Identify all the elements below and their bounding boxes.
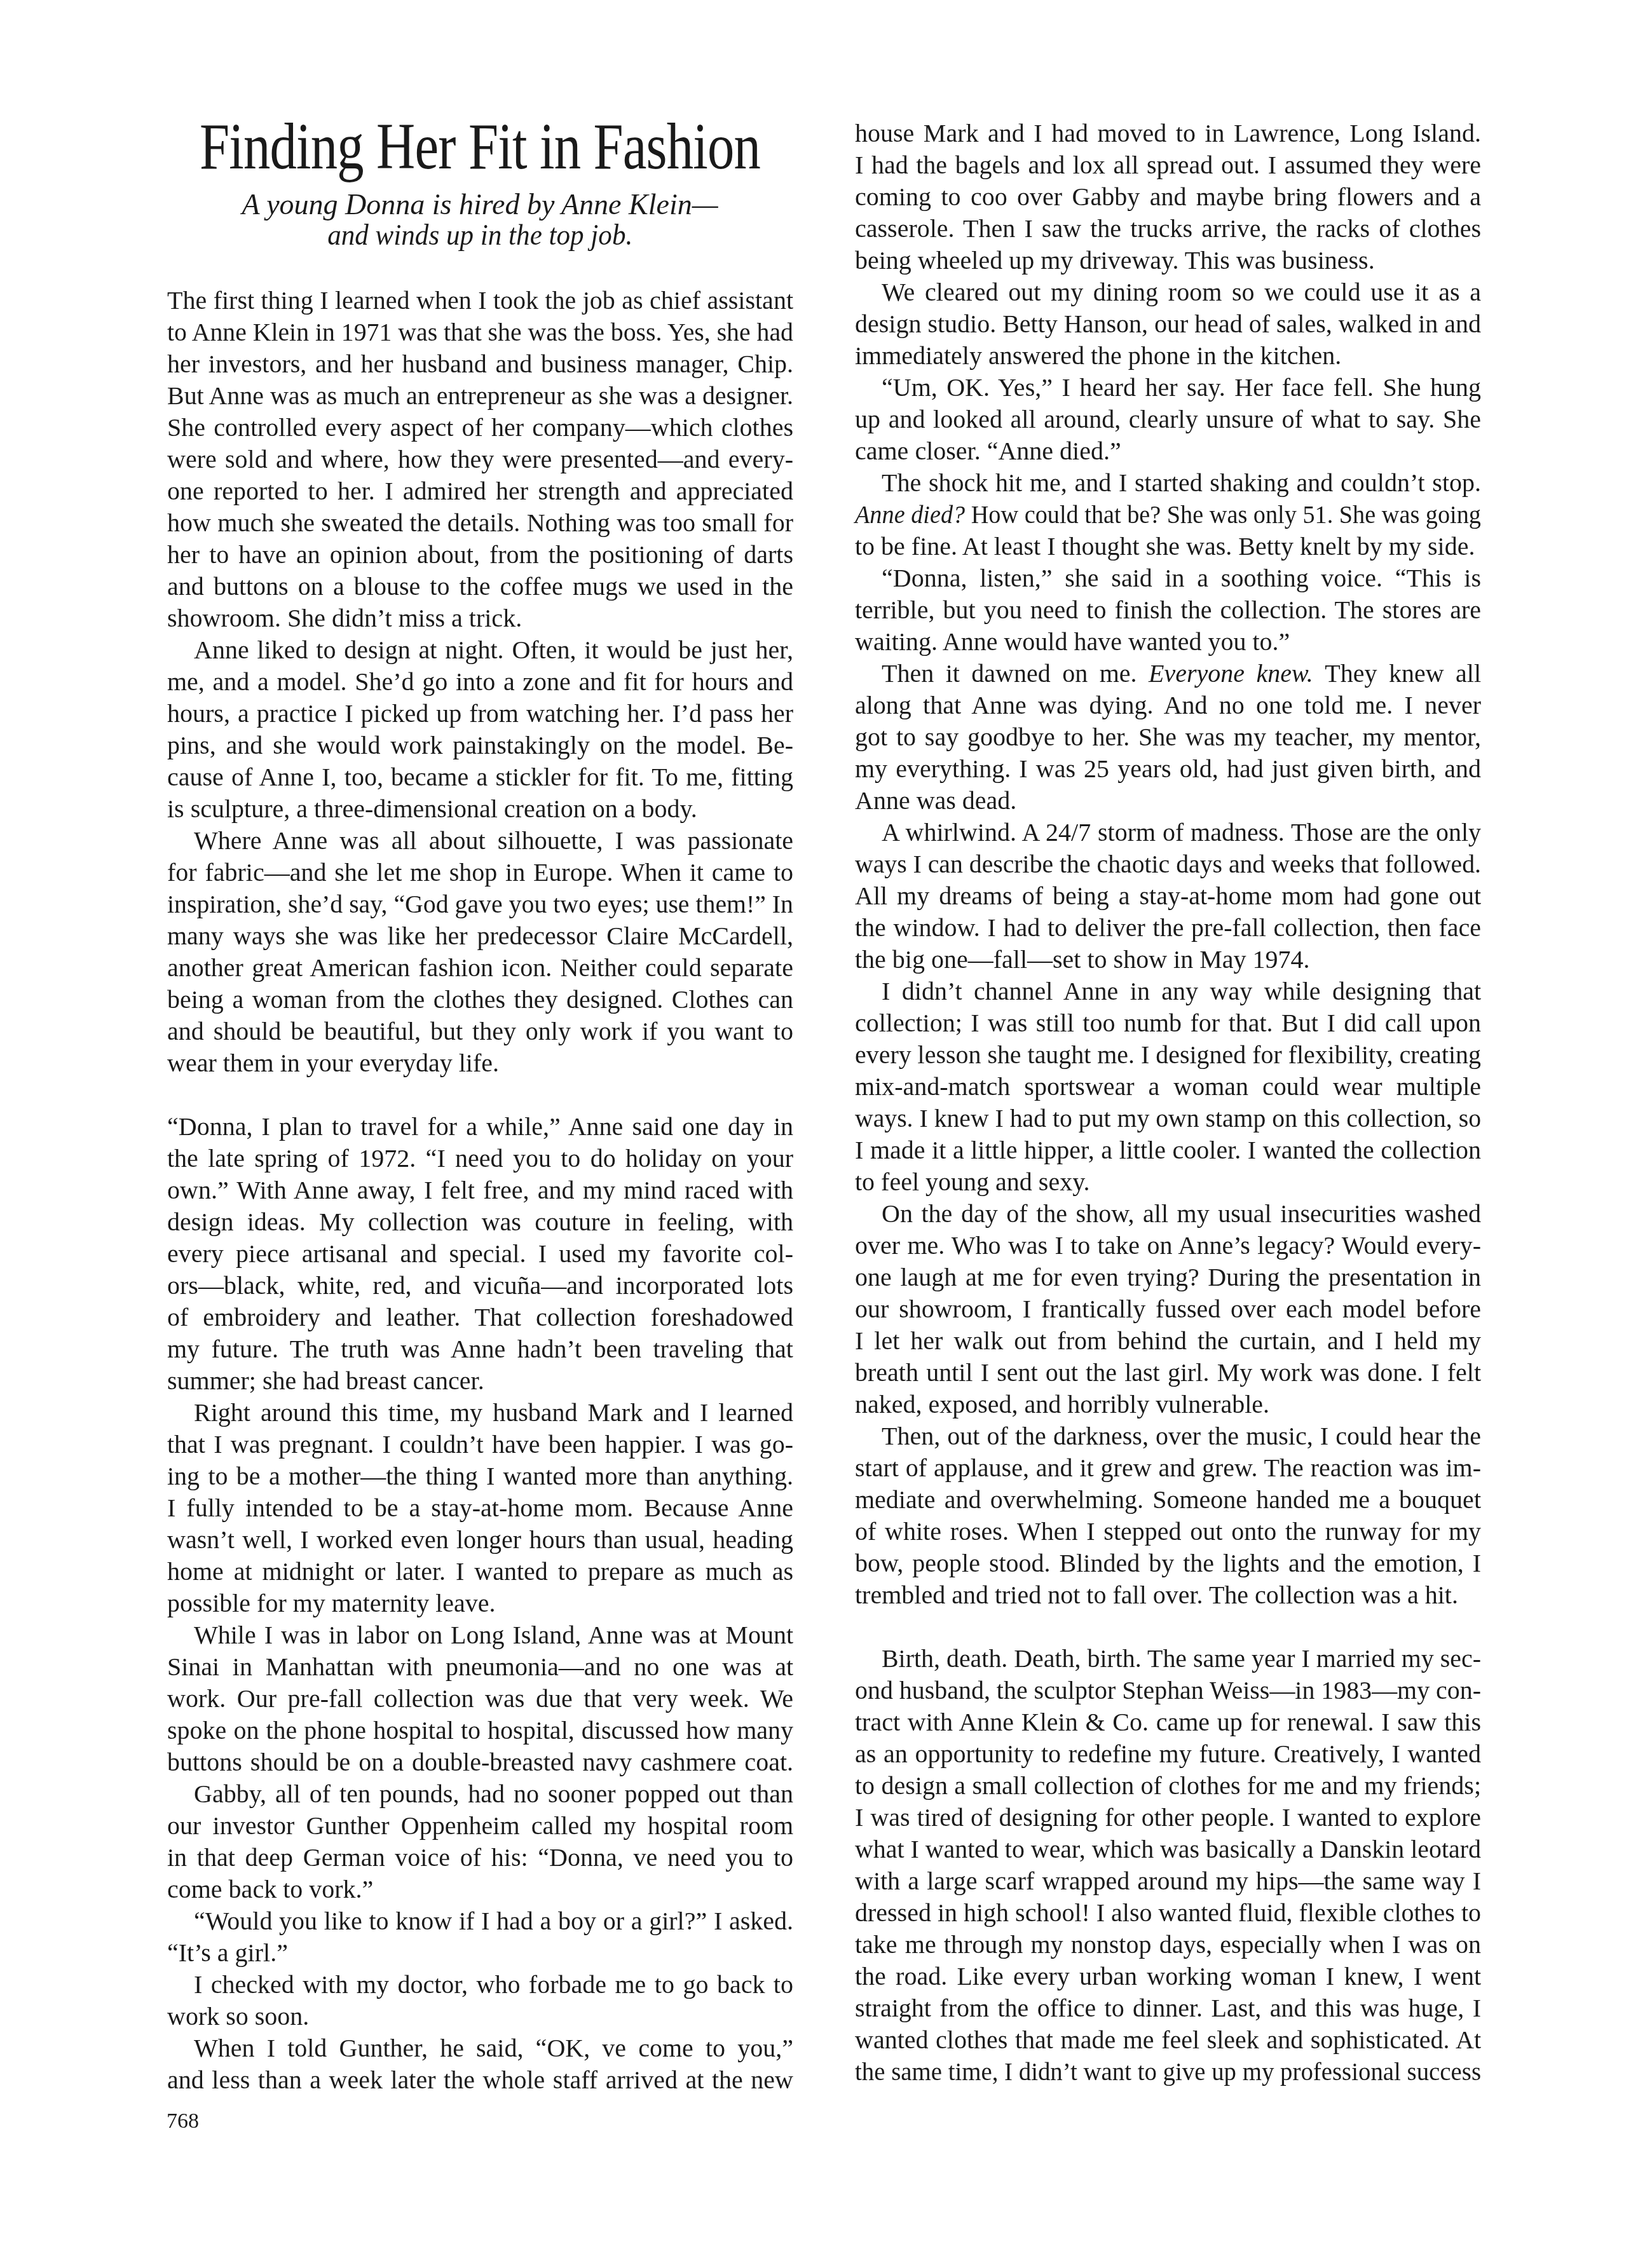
line-text: being a woman from the clothes they desi… <box>167 984 793 1016</box>
line-text-body: the late spring of 1972. “I need you to … <box>167 1144 793 1173</box>
line-text: wasn’t well, I worked even longer hours … <box>167 1524 793 1556</box>
text-line: buttons should be on a double-breasted n… <box>167 1746 793 1778</box>
line-text: I was tired of designing for other peopl… <box>855 1802 1481 1834</box>
line-text-body: work. Our pre-fall collection was due th… <box>167 1684 793 1713</box>
line-text-body: how much she sweated the details. Nothin… <box>167 508 793 537</box>
text-line: Right around this time, my husband Mark … <box>167 1397 793 1429</box>
text-line: Anne was dead. <box>855 785 1481 817</box>
subtitle-line: A young Donna is hired by Anne Klein— <box>191 189 769 220</box>
line-text: But Anne was as much an entrepreneur as … <box>167 380 793 412</box>
line-text-body: “Um, OK. Yes,” I heard her say. Her face… <box>882 373 1481 402</box>
text-line: Sinai in Manhattan with pneumonia—and no… <box>167 1651 793 1683</box>
line-text: up and looked all around, clearly unsure… <box>855 404 1481 435</box>
line-text: Anne liked to design at night. Often, it… <box>194 634 793 666</box>
text-line: ing to be a mother—the thing I wanted mo… <box>167 1460 793 1492</box>
line-text: trembled and tried not to fall over. The… <box>855 1579 1458 1611</box>
section-break <box>167 1079 793 1111</box>
line-text: casserole. Then I saw the trucks arrive,… <box>855 213 1481 245</box>
text-line: While I was in labor on Long Island, Ann… <box>167 1619 793 1651</box>
page-number: 768 <box>167 2109 199 2134</box>
line-text: ways I can describe the chaotic days and… <box>855 848 1481 880</box>
line-text-body: as an opportunity to redefine my future.… <box>855 1739 1481 1768</box>
text-line: as an opportunity to redefine my future.… <box>855 1738 1481 1770</box>
text-line: cause of Anne I, too, became a stickler … <box>167 761 793 793</box>
line-text-body: of white roses. When I stepped out onto … <box>855 1517 1481 1546</box>
text-line: design ideas. My collection was couture … <box>167 1206 793 1238</box>
line-text: collection; I was still too numb for tha… <box>855 1007 1481 1039</box>
line-text-body: design ideas. My collection was couture … <box>167 1208 793 1236</box>
line-text: and should be beautiful, but they only w… <box>167 1016 793 1047</box>
line-text: the late spring of 1972. “I need you to … <box>167 1143 793 1174</box>
text-line: naked, exposed, and horribly vulnerable. <box>855 1389 1481 1420</box>
line-text-body: Where Anne was all about silhouette, I w… <box>194 826 793 855</box>
line-text: mix-and-match sportswear a woman could w… <box>855 1071 1481 1103</box>
line-text-body: bow, people stood. Blinded by the lights… <box>855 1549 1481 1577</box>
line-text-body: showroom. She didn’t miss a trick. <box>167 604 522 632</box>
text-line: waiting. Anne would have wanted you to.” <box>855 626 1481 658</box>
line-text-body: were sold and where, how they were prese… <box>167 445 793 473</box>
text-line: I fully intended to be a stay-at-home mo… <box>167 1492 793 1524</box>
line-text-body: along that Anne was dying. And no one to… <box>855 691 1481 719</box>
line-text-body: to Anne Klein in 1971 was that she was t… <box>167 318 793 346</box>
line-text: design ideas. My collection was couture … <box>167 1206 793 1238</box>
line-text-body: every piece artisanal and special. I use… <box>167 1239 793 1268</box>
line-text: Then it dawned on me. Everyone knew. The… <box>882 658 1481 690</box>
line-text-body: spoke on the phone hospital to hospital,… <box>167 1716 793 1745</box>
text-line: and buttons on a blouse to the coffee mu… <box>167 571 793 602</box>
line-text: On the day of the show, all my usual ins… <box>882 1198 1481 1230</box>
text-line: another great American fashion icon. Nei… <box>167 952 793 984</box>
text-line: hours, a practice I picked up from watch… <box>167 698 793 730</box>
line-text: I had the bagels and lox all spread out.… <box>855 149 1481 181</box>
line-text: tract with Anne Klein & Co. came up for … <box>855 1706 1481 1738</box>
text-line: breath until I sent out the last girl. M… <box>855 1357 1481 1389</box>
text-line: trembled and tried not to fall over. The… <box>855 1579 1481 1611</box>
line-text-body: When I told Gunther, he said, “OK, ve co… <box>194 2034 793 2062</box>
line-text-body: I let her walk out from behind the curta… <box>855 1326 1481 1355</box>
line-text: take me through my nonstop days, especia… <box>855 1929 1481 1961</box>
line-text: I checked with my doctor, who forbade me… <box>194 1969 793 2001</box>
text-line: my future. The truth was Anne hadn’t bee… <box>167 1333 793 1365</box>
line-text-body: me, and a model. She’d go into a zone an… <box>167 667 793 696</box>
text-line: were sold and where, how they were prese… <box>167 444 793 475</box>
line-text-body: the same time, I didn’t want to give up … <box>855 2057 1481 2086</box>
line-text-body: She controlled every aspect of her compa… <box>167 413 793 442</box>
line-text: Where Anne was all about silhouette, I w… <box>194 825 793 857</box>
text-line: house Mark and I had moved to in Lawrenc… <box>855 118 1481 149</box>
line-text-body: coming to coo over Gabby and maybe bring… <box>855 182 1481 211</box>
text-line: ors—black, white, red, and vicuña—and in… <box>167 1270 793 1302</box>
line-text: my everything. I was 25 years old, had j… <box>855 753 1481 785</box>
line-text: her investors, and her husband and busin… <box>167 348 793 380</box>
line-text-body: hours, a practice I picked up from watch… <box>167 699 793 728</box>
text-line: “It’s a girl.” <box>167 1937 793 1969</box>
text-line: along that Anne was dying. And no one to… <box>855 690 1481 721</box>
line-text: I let her walk out from behind the curta… <box>855 1325 1481 1357</box>
line-text-body: While I was in labor on Long Island, Ann… <box>194 1621 793 1649</box>
text-line: our investor Gunther Oppenheim called my… <box>167 1810 793 1842</box>
text-line: I was tired of designing for other peopl… <box>855 1802 1481 1834</box>
text-line: one laugh at me for even trying? During … <box>855 1262 1481 1293</box>
text-line: design studio. Betty Hanson, our head of… <box>855 308 1481 340</box>
line-text-body: of embroidery and leather. That collecti… <box>167 1303 793 1331</box>
text-line: “Donna, listen,” she said in a soothing … <box>855 562 1481 594</box>
text-line: wear them in your everyday life. <box>167 1047 793 1079</box>
line-text-body: every lesson she taught me. I designed f… <box>855 1040 1481 1069</box>
text-line: is sculpture, a three-dimensional creati… <box>167 793 793 825</box>
line-text-body: came closer. “Anne died.” <box>855 437 1121 465</box>
line-text-body: waiting. Anne would have wanted you to.” <box>855 627 1290 656</box>
line-text-body: I checked with my doctor, who forbade me… <box>194 1970 793 1999</box>
line-text: When I told Gunther, he said, “OK, ve co… <box>194 2032 793 2064</box>
text-line: She controlled every aspect of her compa… <box>167 412 793 444</box>
line-text: were sold and where, how they were prese… <box>167 444 793 475</box>
text-line: pins, and she would work painstakingly o… <box>167 730 793 761</box>
text-line: A whirlwind. A 24/7 storm of madness. Th… <box>855 817 1481 848</box>
text-line: work so soon. <box>167 2001 793 2032</box>
text-line: what I wanted to wear, which was basical… <box>855 1834 1481 1865</box>
line-text-body: one reported to her. I admired her stren… <box>167 477 793 505</box>
line-text-body: and buttons on a blouse to the coffee mu… <box>167 572 793 601</box>
line-text: hours, a practice I picked up from watch… <box>167 698 793 730</box>
line-text: in that deep German voice of his: “Donna… <box>167 1842 793 1874</box>
article-subtitle: A young Donna is hired by Anne Klein— an… <box>191 189 769 250</box>
line-text: I didn’t channel Anne in any way while d… <box>882 976 1481 1007</box>
line-text-body: with a large scarf wrapped around my hip… <box>855 1867 1481 1895</box>
text-line: The first thing I learned when I took th… <box>167 285 793 316</box>
text-line: possible for my maternity leave. <box>167 1588 793 1619</box>
text-line: “Would you like to know if I had a boy o… <box>167 1905 793 1937</box>
text-line: got to say goodbye to her. She was my te… <box>855 721 1481 753</box>
text-line: that I was pregnant. I couldn’t have bee… <box>167 1429 793 1460</box>
text-line: my everything. I was 25 years old, had j… <box>855 753 1481 785</box>
line-text-body: pins, and she would work painstakingly o… <box>167 731 793 759</box>
text-line: “Donna, I plan to travel for a while,” A… <box>167 1111 793 1143</box>
line-text: “It’s a girl.” <box>167 1937 288 1969</box>
line-text-body: for fabric—and she let me shop in Europe… <box>167 858 793 887</box>
text-line: wasn’t well, I worked even longer hours … <box>167 1524 793 1556</box>
line-text-body: own.” With Anne away, I felt free, and m… <box>167 1176 793 1204</box>
line-text-body: casserole. Then I saw the trucks arrive,… <box>855 214 1481 243</box>
article-title-text: Finding Her Fit in Fashion <box>200 112 760 182</box>
line-text-body: possible for my maternity leave. <box>167 1589 496 1617</box>
line-text-body: my future. The truth was Anne hadn’t bee… <box>167 1335 793 1363</box>
line-text-body: immediately answered the phone in the ki… <box>855 341 1341 370</box>
line-text-body: over me. Who was I to take on Anne’s leg… <box>855 1231 1481 1260</box>
text-line: her investors, and her husband and busin… <box>167 348 793 380</box>
text-line: over me. Who was I to take on Anne’s leg… <box>855 1230 1481 1262</box>
line-text: that I was pregnant. I couldn’t have bee… <box>167 1429 793 1460</box>
text-line: ond husband, the sculptor Stephan Weiss—… <box>855 1675 1481 1706</box>
text-line: work. Our pre-fall collection was due th… <box>167 1683 793 1715</box>
text-line: inspiration, she’d say, “God gave you tw… <box>167 888 793 920</box>
line-text: Anne died? How could that be? She was on… <box>855 499 1481 531</box>
line-text: the big one—fall—set to show in May 1974… <box>855 944 1309 976</box>
line-text-body: Anne liked to design at night. Often, it… <box>194 636 793 664</box>
line-text: design studio. Betty Hanson, our head of… <box>855 308 1481 340</box>
text-line: I didn’t channel Anne in any way while d… <box>855 976 1481 1007</box>
line-text: being wheeled up my driveway. This was b… <box>855 245 1375 276</box>
text-line: tract with Anne Klein & Co. came up for … <box>855 1706 1481 1738</box>
line-text: breath until I sent out the last girl. M… <box>855 1357 1481 1389</box>
line-text: to design a small collection of clothes … <box>855 1770 1481 1802</box>
text-line: On the day of the show, all my usual ins… <box>855 1198 1481 1230</box>
line-text-body: in that deep German voice of his: “Donna… <box>167 1843 793 1872</box>
text-line: the same time, I didn’t want to give up … <box>855 2056 1481 2088</box>
line-text-body: up and looked all around, clearly unsure… <box>855 405 1481 433</box>
line-text: Birth, death. Death, birth. The same yea… <box>882 1643 1481 1675</box>
line-text: The first thing I learned when I took th… <box>167 285 793 316</box>
line-text: “Would you like to know if I had a boy o… <box>194 1905 793 1937</box>
text-line: ways I can describe the chaotic days and… <box>855 848 1481 880</box>
text-line: the late spring of 1972. “I need you to … <box>167 1143 793 1174</box>
line-text-body: I had the bagels and lox all spread out.… <box>855 151 1481 179</box>
line-text: A whirlwind. A 24/7 storm of madness. Th… <box>882 817 1481 848</box>
line-text: “Donna, listen,” she said in a soothing … <box>882 562 1481 594</box>
line-text: work so soon. <box>167 2001 309 2032</box>
text-line: Birth, death. Death, birth. The same yea… <box>855 1643 1481 1675</box>
text-line: When I told Gunther, he said, “OK, ve co… <box>167 2032 793 2064</box>
line-text-body: another great American fashion icon. Nei… <box>167 953 793 982</box>
text-line: dressed in high school! I also wanted fl… <box>855 1897 1481 1929</box>
line-text-body: the road. Like every urban working woman… <box>855 1962 1481 1991</box>
text-line: immediately answered the phone in the ki… <box>855 340 1481 372</box>
text-line: being a woman from the clothes they desi… <box>167 984 793 1016</box>
line-text-body: to be fine. At least I thought she was. … <box>855 532 1475 561</box>
text-line: her to have an opinion about, from the p… <box>167 539 793 571</box>
line-text: over me. Who was I to take on Anne’s leg… <box>855 1230 1481 1262</box>
text-line: Where Anne was all about silhouette, I w… <box>167 825 793 857</box>
text-line: to design a small collection of clothes … <box>855 1770 1481 1802</box>
text-line: for fabric—and she let me shop in Europe… <box>167 857 793 888</box>
line-text: our investor Gunther Oppenheim called my… <box>167 1810 793 1842</box>
line-text: ors—black, white, red, and vicuña—and in… <box>167 1270 793 1302</box>
text-line: come back to vork.” <box>167 1874 793 1905</box>
line-text: to Anne Klein in 1971 was that she was t… <box>167 316 793 348</box>
line-text: me, and a model. She’d go into a zone an… <box>167 666 793 698</box>
line-text-body: I made it a little hipper, a little cool… <box>855 1136 1481 1164</box>
line-text-body: naked, exposed, and horribly vulnerable. <box>855 1390 1269 1419</box>
text-line: But Anne was as much an entrepreneur as … <box>167 380 793 412</box>
text-line: in that deep German voice of his: “Donna… <box>167 1842 793 1874</box>
text-line: how much she sweated the details. Nothin… <box>167 507 793 539</box>
line-text-body: trembled and tried not to fall over. The… <box>855 1581 1458 1609</box>
line-text-body: “Would you like to know if I had a boy o… <box>194 1907 793 1935</box>
line-text-body: got to say goodbye to her. She was my te… <box>855 723 1481 751</box>
emphasis: Everyone knew. <box>1149 659 1325 688</box>
line-text: wear them in your everyday life. <box>167 1047 499 1079</box>
line-text-body: Sinai in Manhattan with pneumonia—and no… <box>167 1652 793 1681</box>
text-line: every lesson she taught me. I designed f… <box>855 1039 1481 1071</box>
line-text-body: wasn’t well, I worked even longer hours … <box>167 1525 793 1554</box>
line-text: wanted clothes that made me feel sleek a… <box>855 2024 1481 2056</box>
line-text: start of applause, and it grew and grew.… <box>855 1452 1481 1484</box>
line-text: ing to be a mother—the thing I wanted mo… <box>167 1460 793 1492</box>
line-text-body: Birth, death. Death, birth. The same yea… <box>882 1644 1481 1673</box>
line-text: got to say goodbye to her. She was my te… <box>855 721 1481 753</box>
line-text-body: mediate and overwhelming. Someone handed… <box>855 1485 1481 1514</box>
line-text-body: The first thing I learned when I took th… <box>167 286 793 315</box>
line-text: buttons should be on a double-breasted n… <box>167 1746 793 1778</box>
line-text: She controlled every aspect of her compa… <box>167 412 793 444</box>
line-text: one laugh at me for even trying? During … <box>855 1262 1481 1293</box>
line-text: the window. I had to deliver the pre-fal… <box>855 912 1481 944</box>
text-line: the road. Like every urban working woman… <box>855 1961 1481 1992</box>
line-text: with a large scarf wrapped around my hip… <box>855 1865 1481 1897</box>
line-text-body: being a woman from the clothes they desi… <box>167 985 793 1014</box>
line-text: straight from the office to dinner. Last… <box>855 1992 1481 2024</box>
line-text-body: But Anne was as much an entrepreneur as … <box>167 381 793 410</box>
line-text: every lesson she taught me. I designed f… <box>855 1039 1481 1071</box>
line-text-body: design studio. Betty Hanson, our head of… <box>855 310 1481 338</box>
text-line: me, and a model. She’d go into a zone an… <box>167 666 793 698</box>
line-text-body: dressed in high school! I also wanted fl… <box>855 1898 1481 1927</box>
line-text-body: They knew all <box>1325 659 1481 688</box>
line-text-body: mix-and-match sportswear a woman could w… <box>855 1072 1481 1101</box>
line-text-body: start of applause, and it grew and grew.… <box>855 1453 1481 1482</box>
line-text: naked, exposed, and horribly vulnerable. <box>855 1389 1269 1420</box>
text-line: up and looked all around, clearly unsure… <box>855 404 1481 435</box>
line-text: terrible, but you need to finish the col… <box>855 594 1481 626</box>
line-text: We cleared out my dining room so we coul… <box>882 276 1481 308</box>
line-text-body: take me through my nonstop days, especia… <box>855 1930 1481 1959</box>
line-text: to feel young and sexy. <box>855 1166 1090 1198</box>
line-text: summer; she had breast cancer. <box>167 1365 484 1397</box>
line-text-body: buttons should be on a double-breasted n… <box>167 1748 793 1776</box>
line-text: house Mark and I had moved to in Lawrenc… <box>855 118 1481 149</box>
text-line: take me through my nonstop days, especia… <box>855 1929 1481 1961</box>
line-text-body: ways I can describe the chaotic days and… <box>855 850 1481 878</box>
line-text-body: come back to vork.” <box>167 1875 373 1903</box>
text-line: home at midnight or later. I wanted to p… <box>167 1556 793 1588</box>
line-text-body: “It’s a girl.” <box>167 1938 288 1967</box>
line-text: ond husband, the sculptor Stephan Weiss—… <box>855 1675 1481 1706</box>
text-line: showroom. She didn’t miss a trick. <box>167 602 793 634</box>
line-text-body: many ways she was like her predecessor C… <box>167 922 793 950</box>
line-text: every piece artisanal and special. I use… <box>167 1238 793 1270</box>
line-text: of white roses. When I stepped out onto … <box>855 1516 1481 1548</box>
text-line: coming to coo over Gabby and maybe bring… <box>855 181 1481 213</box>
line-text-body: to feel young and sexy. <box>855 1167 1090 1196</box>
line-text-body: ors—black, white, red, and vicuña—and in… <box>167 1271 793 1300</box>
line-text: of embroidery and leather. That collecti… <box>167 1302 793 1333</box>
line-text: Then, out of the darkness, over the musi… <box>882 1420 1481 1452</box>
text-line: Then, out of the darkness, over the musi… <box>855 1420 1481 1452</box>
line-text: cause of Anne I, too, became a stickler … <box>167 761 793 793</box>
line-text-body: our investor Gunther Oppenheim called my… <box>167 1811 793 1840</box>
line-text-body: her to have an opinion about, from the p… <box>167 540 793 569</box>
line-text: pins, and she would work painstakingly o… <box>167 730 793 761</box>
line-text: our showroom, I frantically fussed over … <box>855 1293 1481 1325</box>
line-text: and buttons on a blouse to the coffee mu… <box>167 571 793 602</box>
text-line: I had the bagels and lox all spread out.… <box>855 149 1481 181</box>
line-text-body: I fully intended to be a stay-at-home mo… <box>167 1494 793 1522</box>
line-text-body: How could that be? She was only 51. She … <box>971 500 1481 529</box>
text-line: came closer. “Anne died.” <box>855 435 1481 467</box>
line-text: work. Our pre-fall collection was due th… <box>167 1683 793 1715</box>
text-line: to be fine. At least I thought she was. … <box>855 531 1481 562</box>
line-text: Right around this time, my husband Mark … <box>194 1397 793 1429</box>
line-text-body: and should be beautiful, but they only w… <box>167 1017 793 1045</box>
line-text: another great American fashion icon. Nei… <box>167 952 793 984</box>
section-break <box>855 1611 1481 1643</box>
line-text-body: the window. I had to deliver the pre-fal… <box>855 913 1481 942</box>
line-text: bow, people stood. Blinded by the lights… <box>855 1548 1481 1579</box>
line-text-body: “Donna, I plan to travel for a while,” A… <box>167 1112 793 1141</box>
subtitle-line-text: A young Donna is hired by Anne Klein— <box>242 189 718 220</box>
text-line: to Anne Klein in 1971 was that she was t… <box>167 316 793 348</box>
text-line: Anne liked to design at night. Often, it… <box>167 634 793 666</box>
line-text: I made it a little hipper, a little cool… <box>855 1134 1481 1166</box>
line-text-body: breath until I sent out the last girl. M… <box>855 1358 1481 1387</box>
line-text: is sculpture, a three-dimensional creati… <box>167 793 697 825</box>
line-text: immediately answered the phone in the ki… <box>855 340 1341 372</box>
text-line: of white roses. When I stepped out onto … <box>855 1516 1481 1548</box>
line-text-body: terrible, but you need to finish the col… <box>855 596 1481 624</box>
emphasis: Anne died? <box>855 500 971 529</box>
line-text: showroom. She didn’t miss a trick. <box>167 602 522 634</box>
text-line: All my dreams of being a stay-at-home mo… <box>855 880 1481 912</box>
text-line: and less than a week later the whole sta… <box>167 2064 793 2096</box>
line-text-body: Anne was dead. <box>855 786 1016 815</box>
line-text-body: cause of Anne I, too, became a stickler … <box>167 763 793 791</box>
line-text-body: I was tired of designing for other peopl… <box>855 1803 1481 1832</box>
line-text: to be fine. At least I thought she was. … <box>855 531 1475 562</box>
text-line: mix-and-match sportswear a woman could w… <box>855 1071 1481 1103</box>
line-text-body: ways. I knew I had to put my own stamp o… <box>855 1104 1481 1133</box>
line-text: possible for my maternity leave. <box>167 1588 496 1619</box>
line-text: and less than a week later the whole sta… <box>167 2064 793 2096</box>
text-line: being wheeled up my driveway. This was b… <box>855 245 1481 276</box>
line-text-body: collection; I was still too numb for tha… <box>855 1009 1481 1037</box>
text-line: with a large scarf wrapped around my hip… <box>855 1865 1481 1897</box>
line-text: as an opportunity to redefine my future.… <box>855 1738 1481 1770</box>
line-text-body: wear them in your everyday life. <box>167 1049 499 1077</box>
line-text-body: to design a small collection of clothes … <box>855 1771 1481 1800</box>
text-line: “Um, OK. Yes,” I heard her say. Her face… <box>855 372 1481 404</box>
text-line: ways. I knew I had to put my own stamp o… <box>855 1103 1481 1134</box>
line-text-body: wanted clothes that made me feel sleek a… <box>855 2025 1481 2054</box>
line-text-body: her investors, and her husband and busin… <box>167 350 793 378</box>
line-text: Gabby, all of ten pounds, had no sooner … <box>194 1778 793 1810</box>
line-text-body: We cleared out my dining room so we coul… <box>882 278 1481 306</box>
line-text: one reported to her. I admired her stren… <box>167 475 793 507</box>
line-text: Sinai in Manhattan with pneumonia—and no… <box>167 1651 793 1683</box>
line-text: came closer. “Anne died.” <box>855 435 1121 467</box>
line-text-body: Then, out of the darkness, over the musi… <box>882 1422 1481 1450</box>
line-text-body: ing to be a mother—the thing I wanted mo… <box>167 1462 793 1490</box>
line-text: I fully intended to be a stay-at-home mo… <box>167 1492 793 1524</box>
line-text-body: being wheeled up my driveway. This was b… <box>855 246 1375 275</box>
text-line: collection; I was still too numb for tha… <box>855 1007 1481 1039</box>
text-line: The shock hit me, and I started shaking … <box>855 467 1481 499</box>
line-text: along that Anne was dying. And no one to… <box>855 690 1481 721</box>
line-text: home at midnight or later. I wanted to p… <box>167 1556 793 1588</box>
line-text-body: and less than a week later the whole sta… <box>167 2066 793 2094</box>
line-text: the road. Like every urban working woman… <box>855 1961 1481 1992</box>
text-line: straight from the office to dinner. Last… <box>855 1992 1481 2024</box>
line-text: All my dreams of being a stay-at-home mo… <box>855 880 1481 912</box>
line-text-body: what I wanted to wear, which was basical… <box>855 1835 1481 1863</box>
text-line: the big one—fall—set to show in May 1974… <box>855 944 1481 976</box>
text-line: bow, people stood. Blinded by the lights… <box>855 1548 1481 1579</box>
line-text-body: Right around this time, my husband Mark … <box>194 1398 793 1427</box>
line-text-body: “Donna, listen,” she said in a soothing … <box>882 564 1481 592</box>
line-text-body: inspiration, she’d say, “God gave you tw… <box>167 890 793 918</box>
line-text: what I wanted to wear, which was basical… <box>855 1834 1481 1865</box>
line-text-body: work so soon. <box>167 2002 309 2031</box>
text-line: of embroidery and leather. That collecti… <box>167 1302 793 1333</box>
